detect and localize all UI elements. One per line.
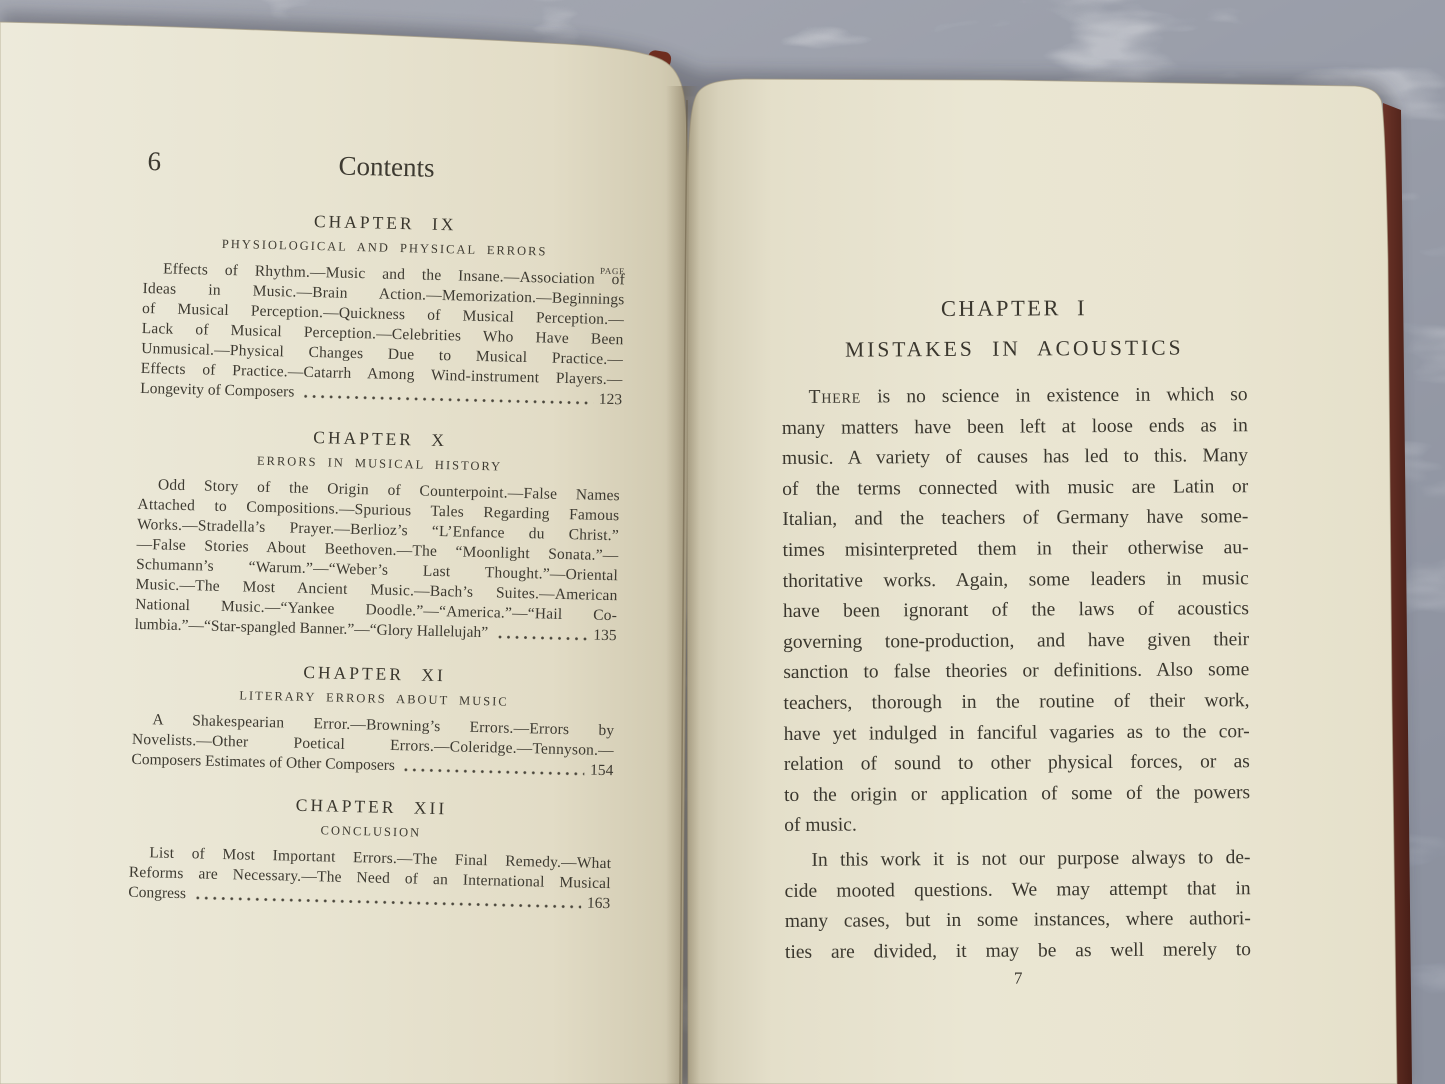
toc-sections: CHAPTER IXPHYSIOLOGICAL AND PHYSICAL ERR… bbox=[128, 206, 626, 914]
toc-summary: A Shakespearian Error.—Browning’s Errors… bbox=[131, 710, 614, 781]
text-line: cide mooted questions. We may attempt th… bbox=[785, 874, 1251, 907]
chapter-body: There is no science in existence in whic… bbox=[782, 380, 1252, 968]
toc-last-text: Congress bbox=[128, 883, 186, 904]
text-line: thoritative works. Again, some leaders i… bbox=[783, 564, 1249, 597]
toc-chapter-subtitle: LITERARY ERRORS ABOUT MUSIC bbox=[133, 686, 615, 712]
text-line: music. A variety of causes has led to th… bbox=[782, 441, 1248, 474]
toc-section: CHAPTER XIICONCLUSIONList of Most Import… bbox=[128, 790, 613, 914]
left-page-content: 6 Contents PAGE CHAPTER IXPHYSIOLOGICAL … bbox=[128, 145, 628, 914]
text-line: times misinterpreted them in their other… bbox=[782, 533, 1248, 566]
text-line: of the terms connected with music are La… bbox=[782, 472, 1248, 505]
toc-section: CHAPTER IXPHYSIOLOGICAL AND PHYSICAL ERR… bbox=[140, 206, 626, 410]
page-number-right: 7 bbox=[785, 967, 1251, 990]
toc-summary: Effects of Rhythm.—Music and the Insane.… bbox=[140, 259, 625, 410]
chapter-title: MISTAKES IN ACOUSTICS bbox=[781, 334, 1247, 364]
toc-chapter-heading: CHAPTER IX bbox=[144, 206, 626, 239]
text-line: relation of sound to other physical forc… bbox=[784, 747, 1250, 780]
toc-page-ref: 154 bbox=[590, 761, 614, 782]
text-line: have been ignorant of the laws of acoust… bbox=[783, 594, 1249, 627]
dot-leader bbox=[405, 768, 584, 775]
text-line: sanction to false theories or definition… bbox=[783, 655, 1249, 688]
text-line: of music. bbox=[784, 808, 1250, 841]
toc-chapter-subtitle: PHYSIOLOGICAL AND PHYSICAL ERRORS bbox=[144, 235, 626, 261]
toc-summary: Odd Story of the Origin of Counterpoint.… bbox=[134, 475, 620, 646]
toc-chapter-heading: CHAPTER XI bbox=[133, 657, 615, 690]
toc-chapter-subtitle: CONCLUSION bbox=[130, 819, 612, 845]
toc-page-ref: 123 bbox=[599, 390, 623, 411]
page-number-left: 6 bbox=[147, 146, 161, 176]
toc-chapter-heading: CHAPTER XII bbox=[130, 790, 612, 823]
text-line: many cases, but in some instances, where… bbox=[785, 904, 1251, 937]
text-line: There is no science in existence in whic… bbox=[782, 380, 1248, 413]
text-line: governing tone-production, and have give… bbox=[783, 625, 1249, 658]
lead-word: There bbox=[809, 387, 862, 408]
text-line: Italian, and the teachers of Germany hav… bbox=[782, 503, 1248, 536]
text-line: to the origin or application of some of … bbox=[784, 778, 1250, 811]
toc-chapter-subtitle: ERRORS IN MUSICAL HISTORY bbox=[138, 451, 620, 477]
dot-leader bbox=[498, 635, 587, 640]
toc-page-ref: 163 bbox=[587, 894, 611, 915]
toc-page-ref: 135 bbox=[593, 626, 617, 647]
paragraph: There is no science in existence in whic… bbox=[782, 380, 1251, 842]
open-book-photo: 6 Contents PAGE CHAPTER IXPHYSIOLOGICAL … bbox=[0, 0, 1445, 1084]
right-page-content: CHAPTER I MISTAKES IN ACOUSTICS There is… bbox=[781, 293, 1251, 990]
text-line: In this work it is not our purpose alway… bbox=[784, 843, 1250, 876]
toc-summary: List of Most Important Errors.—The Final… bbox=[128, 843, 611, 914]
chapter-heading: CHAPTER I bbox=[781, 293, 1247, 324]
page-column-label: PAGE bbox=[600, 266, 625, 277]
dot-leader bbox=[304, 395, 593, 405]
toc-chapter-heading: CHAPTER X bbox=[139, 422, 621, 455]
text-line: ties are divided, it may be as well mere… bbox=[785, 935, 1251, 968]
paragraph: In this work it is not our purpose alway… bbox=[784, 843, 1251, 968]
text-line: many matters have been left at loose end… bbox=[782, 411, 1248, 444]
toc-last-text: Longevity of Composers bbox=[140, 379, 295, 403]
text-line: have yet indulged in fanciful vagaries a… bbox=[784, 717, 1250, 750]
toc-section: CHAPTER XERRORS IN MUSICAL HISTORYOdd St… bbox=[134, 422, 621, 646]
toc-section: CHAPTER XILITERARY ERRORS ABOUT MUSICA S… bbox=[131, 657, 616, 781]
text-line: teachers, thorough in the routine of the… bbox=[783, 686, 1249, 719]
